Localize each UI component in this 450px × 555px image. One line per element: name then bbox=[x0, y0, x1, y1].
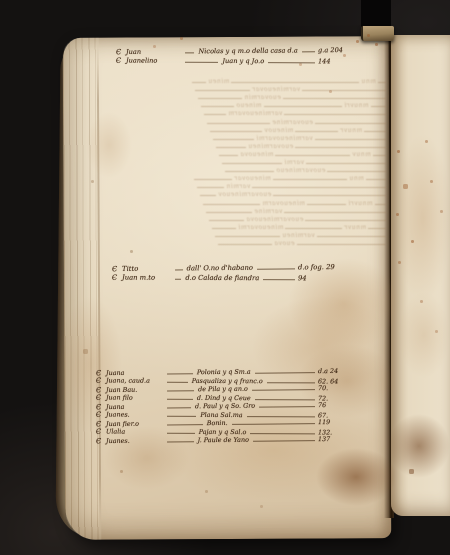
entry-description: J. Paule de Yano bbox=[197, 435, 250, 443]
entry-rule-line bbox=[167, 372, 193, 374]
entry-folio-number: 144 bbox=[318, 56, 354, 64]
entry-rule-line bbox=[302, 50, 315, 52]
entry-rule-line bbox=[267, 380, 315, 382]
entry-rule-line bbox=[232, 422, 315, 425]
bleedthrough-line: varmineuovarmi bbox=[190, 134, 388, 142]
entry-rule-line bbox=[167, 406, 191, 408]
ledger-block-top: ЄJuanNicolas y q m.o della casa d.ag.a 2… bbox=[116, 45, 354, 64]
bleedthrough-line: mineumnu bbox=[190, 77, 388, 85]
entry-folio-number: d.a 24 bbox=[318, 366, 346, 374]
bleedthrough-line: varmineuovar bbox=[190, 85, 388, 93]
entry-rule-line bbox=[259, 405, 315, 407]
page-edge-streaks bbox=[63, 38, 102, 540]
bleedthrough-line: mineuovmnuvr bbox=[190, 126, 388, 134]
entry-description: Juan y q Jo.o bbox=[221, 56, 265, 64]
ink-bleedthrough-lines: mineumnuvarmineuovareuovarminmineuomnuvr… bbox=[190, 77, 388, 247]
bleedthrough-line: euovarmin bbox=[190, 93, 388, 101]
bleedthrough-line: euova bbox=[190, 239, 388, 247]
entry-folio-number: 70. bbox=[318, 383, 346, 391]
entry-rule-line bbox=[167, 380, 188, 382]
entry-rule-line bbox=[167, 389, 194, 391]
entry-rule-line bbox=[268, 60, 315, 62]
entry-rule-line bbox=[167, 440, 194, 442]
entry-rule-line bbox=[253, 439, 315, 442]
spine-strap bbox=[361, 0, 391, 27]
entry-mark: Є bbox=[96, 410, 107, 418]
ledger-entry-row: ЄJuanes.J. Paule de Yano137 bbox=[96, 434, 346, 445]
entry-rule-line bbox=[167, 423, 203, 425]
entry-rule-line bbox=[167, 414, 196, 416]
bleedthrough-line: mineuovarmmnuvri bbox=[190, 198, 388, 206]
entry-mark: Є bbox=[116, 56, 127, 64]
entry-description: de Pila y q an.o bbox=[197, 384, 249, 392]
bleedthrough-line: euovarmineuova bbox=[190, 215, 388, 223]
entry-rule-line bbox=[257, 267, 295, 269]
entry-mark: Є bbox=[96, 437, 107, 445]
bleedthrough-line: varmineu bbox=[190, 231, 388, 239]
entry-mark: Є bbox=[96, 376, 107, 384]
entry-folio-number: d.o fog. 29 bbox=[298, 263, 342, 271]
bleedthrough-line: euovarmineuov bbox=[190, 190, 388, 198]
entry-folio-number: 94 bbox=[298, 274, 342, 282]
entry-rule-line bbox=[175, 268, 183, 270]
bleedthrough-line: varmi bbox=[190, 158, 388, 166]
entry-folio-number: 137 bbox=[318, 434, 346, 442]
entry-rule-line bbox=[185, 60, 218, 62]
bleedthrough-line: varmineuovarm bbox=[190, 109, 388, 117]
entry-mark: Є bbox=[96, 427, 107, 435]
bleedthrough-line: euovarmine bbox=[190, 117, 388, 125]
ledger-block-bottom: ЄJuanaPolonia y q Sm.ad.a 24ЄJuana, caud… bbox=[96, 367, 346, 444]
bleedthrough-line: varmine bbox=[190, 207, 388, 215]
manuscript-right-page bbox=[391, 35, 450, 516]
bleedthrough-line: mineuovarmimnuvr bbox=[190, 223, 388, 231]
entry-mark: Є bbox=[96, 393, 107, 401]
entry-name: Ulalia bbox=[106, 426, 164, 434]
entry-name: Juan filo bbox=[106, 392, 164, 400]
foxing-specks bbox=[0, 0, 1, 1]
bleedthrough-line: varmin bbox=[190, 182, 388, 190]
bleedthrough-line: euovarmineu bbox=[190, 142, 388, 150]
entry-description: d. Paul y q So. Gro bbox=[194, 401, 256, 410]
entry-rule-line bbox=[255, 371, 315, 374]
ledger-entry-row: ЄJuan m.tod.o Calada de fiandra94 bbox=[112, 271, 342, 282]
entry-name: Juana, caud.a bbox=[106, 375, 164, 383]
ledger-block-middle: ЄTittodall' O.no d'habanod.o fog. 29ЄJua… bbox=[112, 262, 342, 282]
entry-rule-line bbox=[185, 51, 194, 53]
entry-description: Bonin. bbox=[206, 418, 229, 426]
entry-folio-number: g.a 204 bbox=[318, 45, 354, 53]
bleedthrough-line: euovarmineuo bbox=[190, 166, 388, 174]
book-head-edge bbox=[361, 26, 394, 41]
entry-rule-line bbox=[247, 414, 315, 416]
bleedthrough-line: mineuomnuvri bbox=[190, 101, 388, 109]
entry-description: d.o Calada de fiandra bbox=[184, 274, 260, 282]
entry-description: Nicolas y q m.o della casa d.a bbox=[197, 46, 298, 55]
bleedthrough-line: mineuovarmnu bbox=[190, 174, 388, 182]
entry-folio-number: 76 bbox=[318, 400, 346, 408]
entry-rule-line bbox=[252, 388, 315, 391]
entry-description: Polonia y q Sm.a bbox=[196, 367, 252, 375]
entry-name: Juanelino bbox=[126, 56, 182, 64]
entry-name: Juan m.to bbox=[122, 274, 172, 282]
entry-rule-line bbox=[250, 431, 315, 433]
entry-mark: Є bbox=[112, 274, 123, 282]
entry-name: Juanes. bbox=[106, 409, 164, 417]
entry-rule-line bbox=[175, 278, 181, 280]
manuscript-photo: mineumnuvarmineuovareuovarminmineuomnuvr… bbox=[0, 0, 450, 555]
entry-rule-line bbox=[255, 397, 315, 399]
entry-rule-line bbox=[167, 397, 193, 399]
entry-rule-line bbox=[263, 278, 295, 280]
entry-folio-number: 119 bbox=[318, 417, 346, 425]
entry-name: Juanes. bbox=[106, 436, 164, 445]
ledger-entry-row: ЄJuanelinoJuan y q Jo.o144 bbox=[116, 54, 354, 65]
bleedthrough-line: mineuovamnuv bbox=[190, 150, 388, 158]
entry-rule-line bbox=[167, 431, 195, 433]
